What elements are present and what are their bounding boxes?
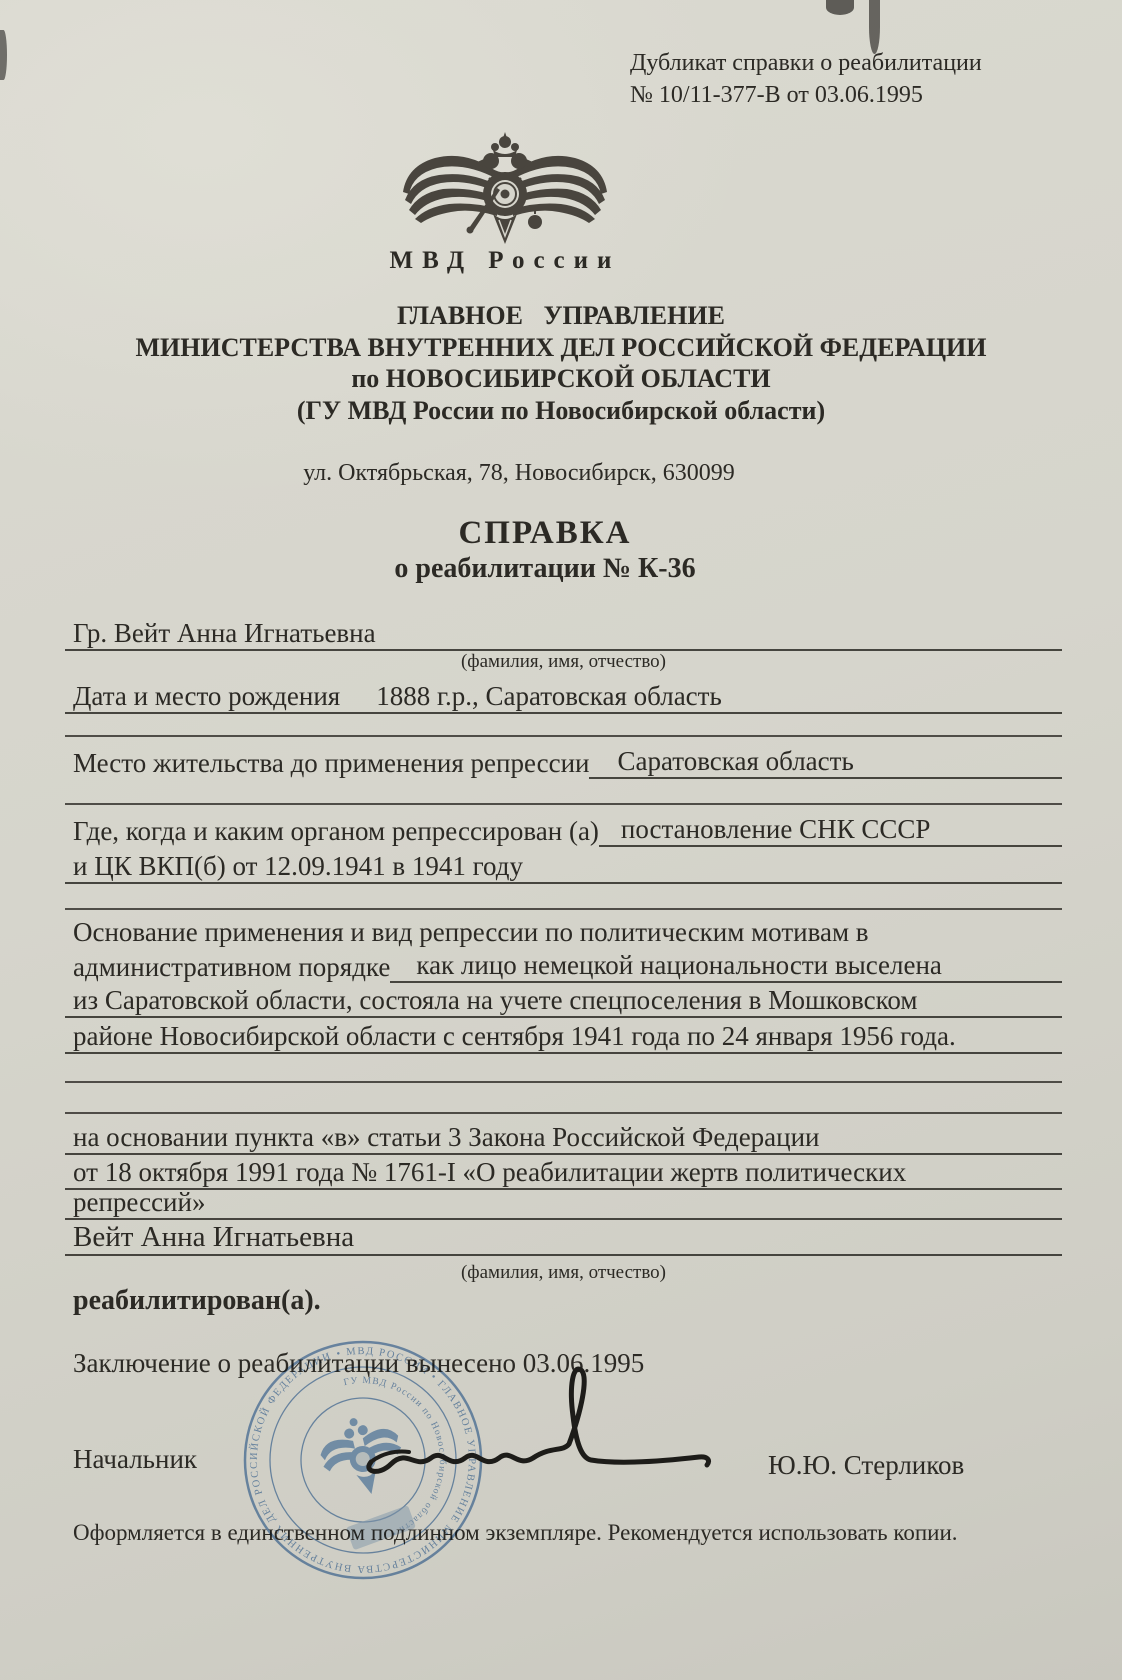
fio-hint: (фамилия, имя, отчество) (65, 1262, 1062, 1284)
birth-row: Дата и место рождения 1888 г.р., Саратов… (65, 675, 1062, 714)
person-name: Вейт Анна Игнатьевна (65, 1221, 354, 1254)
person-name-row: Вейт Анна Игнатьевна (65, 1221, 1062, 1256)
rehabilitated-row: реабилитирован(а). (65, 1284, 1062, 1317)
grounds-label2: административном порядке (65, 952, 390, 983)
grounds-row1: Основание применения и вид репрессии по … (65, 918, 1062, 948)
blank-rule (65, 1081, 1062, 1083)
grounds-value2: как лицо немецкой национальности выселен… (390, 950, 1062, 983)
repressed-value2: и ЦК ВКП(б) от 12.09.1941 в 1941 году (65, 851, 523, 882)
blank-rule (65, 803, 1062, 805)
chief-name: Ю.Ю. Стерликов (768, 1450, 964, 1481)
law-row2: от 18 октября 1991 года № 1761-I «О реаб… (65, 1156, 1062, 1190)
law-line1: на основании пункта «в» статьи 3 Закона … (65, 1122, 820, 1153)
grounds-line1: Основание применения и вид репрессии по … (65, 917, 869, 948)
stamp-ink-blot (346, 1505, 416, 1550)
law-row3: репрессий» (65, 1190, 1062, 1220)
residence-label: Место жительства до применения репрессии (65, 748, 589, 779)
birth-value: 1888 г.р., Саратовская область (340, 681, 1062, 712)
blank-rule (65, 1112, 1062, 1114)
scan-artifact (0, 30, 7, 80)
blank-rule (65, 908, 1062, 910)
citizen-name: Гр. Вейт Анна Игнатьевна (65, 618, 376, 649)
fio-hint: (фамилия, имя, отчество) (65, 651, 1062, 673)
grounds-line4: районе Новосибирской области с сентября … (65, 1021, 956, 1052)
repressed-label: Где, когда и каким органом репрессирован… (65, 816, 599, 847)
repressed-row2: и ЦК ВКП(б) от 12.09.1941 в 1941 году (65, 848, 1062, 884)
grounds-row3: из Саратовской области, состояла на учет… (65, 984, 1062, 1018)
chief-signature (355, 1352, 735, 1487)
rehabilitation-certificate-scan: Дубликат справки о реабилитации № 10/11-… (0, 0, 1122, 1680)
grounds-line3: из Саратовской области, состояла на учет… (65, 985, 917, 1016)
citizen-row: Гр. Вейт Анна Игнатьевна (65, 612, 1062, 651)
rehabilitated-text: реабилитирован(а). (65, 1285, 321, 1317)
grounds-row2: административном порядке как лицо немецк… (65, 950, 1062, 983)
grounds-row4: районе Новосибирской области с сентября … (65, 1018, 1062, 1054)
law-line3: репрессий» (65, 1187, 205, 1218)
footer-note: Оформляется в единственном подлинном экз… (73, 1520, 958, 1546)
law-row1: на основании пункта «в» статьи 3 Закона … (65, 1122, 1062, 1155)
chief-label: Начальник (73, 1444, 197, 1475)
birth-label: Дата и место рождения (65, 681, 340, 712)
repressed-row: Где, когда и каким органом репрессирован… (65, 812, 1062, 847)
residence-row: Место жительства до применения репрессии… (65, 744, 1062, 779)
residence-value: Саратовская область (589, 746, 1062, 779)
repressed-value1: постановление СНК СССР (599, 814, 1062, 847)
law-line2: от 18 октября 1991 года № 1761-I «О реаб… (65, 1157, 906, 1188)
blank-rule (65, 735, 1062, 737)
